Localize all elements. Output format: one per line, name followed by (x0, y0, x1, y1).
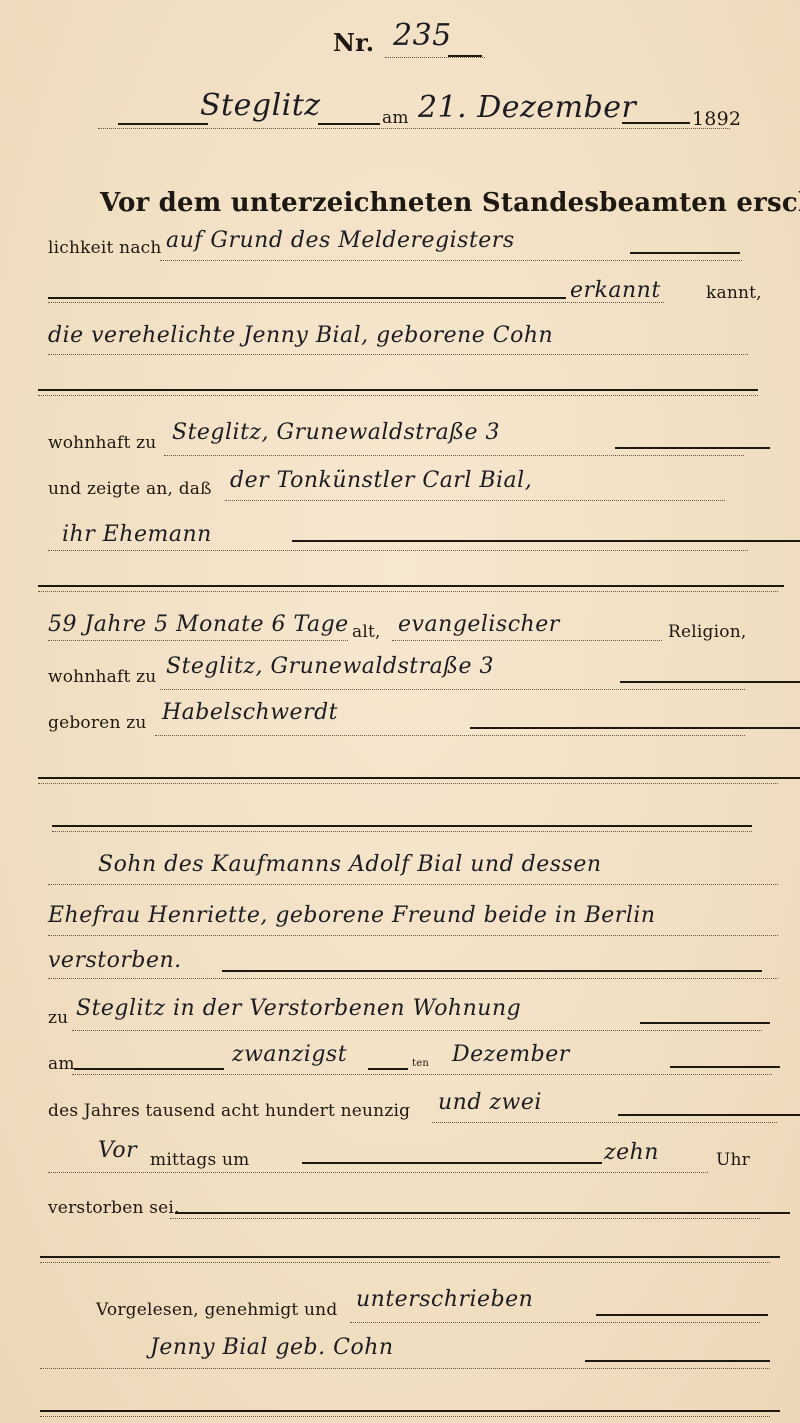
death-day-lead-stroke (74, 1068, 224, 1070)
death-day-value: zwanzigst (232, 1042, 347, 1067)
record-number-label: Nr. (333, 28, 374, 57)
deceased-name-dotted (225, 500, 725, 501)
informant-signature: Jenny Bial geb. Cohn (150, 1335, 394, 1360)
birthplace-dotted (155, 735, 745, 736)
parents-line-3-dotted (48, 978, 778, 979)
record-number-stroke (448, 55, 482, 57)
closing-stroke (175, 1212, 790, 1214)
separator-5 (40, 1256, 780, 1258)
death-month-value: Dezember (452, 1042, 570, 1067)
death-year-value: und zwei (438, 1090, 542, 1115)
place-lead-stroke (118, 123, 208, 125)
signature-status-dotted (350, 1322, 760, 1323)
record-number-underline (385, 57, 485, 58)
informant-dotted-line (48, 354, 748, 355)
parents-line-1-dotted (48, 884, 778, 885)
death-year-dotted (432, 1122, 777, 1123)
separator-2-dotted (38, 591, 778, 592)
closing-label: verstorben sei. (48, 1198, 180, 1218)
birthplace-value: Habelschwerdt (162, 700, 338, 725)
informant-residence-value: Steglitz, Grunewaldstraße 3 (172, 420, 500, 445)
separator-3-dotted (38, 783, 778, 784)
separator-5-dotted (40, 1262, 770, 1263)
birthplace-label: geboren zu (48, 713, 147, 733)
informant-residence-dotted (164, 455, 744, 456)
parents-line-2-dotted (48, 935, 778, 936)
identity-basis-label: lichkeit nach (48, 238, 162, 258)
separator-4 (52, 825, 752, 827)
separator-1-dotted (38, 395, 758, 396)
signature-status: unterschrieben (356, 1287, 533, 1312)
death-month-stroke (670, 1066, 780, 1068)
identity-basis-value: auf Grund des Melderegisters (166, 228, 515, 253)
known-lead-stroke (48, 297, 566, 299)
death-day-trail-stroke (368, 1068, 408, 1070)
birthplace-stroke (470, 727, 800, 729)
death-time-stroke (302, 1162, 602, 1164)
death-time-label: mittags um (150, 1150, 249, 1170)
signature-status-stroke (596, 1314, 768, 1316)
place-date-dotted-line (98, 128, 730, 129)
signature-label: Vorgelesen, genehmigt und (96, 1300, 337, 1320)
known-value: erkannt (570, 278, 661, 303)
uhr-label: Uhr (716, 1150, 750, 1170)
intro-line-1: Vor dem unterzeichneten Standesbeamten e… (100, 188, 800, 218)
record-number-value: 235 (393, 18, 452, 53)
age-dotted (48, 640, 348, 641)
deceased-residence-dotted (160, 689, 745, 690)
relation-value: ihr Ehemann (62, 522, 212, 547)
death-hour-value: zehn (604, 1140, 659, 1165)
death-place-label: zu (48, 1008, 68, 1028)
religion-label: Religion, (668, 622, 746, 642)
deceased-residence-stroke (620, 681, 800, 683)
identity-basis-stroke (630, 252, 740, 254)
separator-6 (40, 1410, 780, 1412)
place-trail-stroke (318, 123, 380, 125)
identity-basis-dotted-line (160, 260, 742, 261)
date-am-label: am (382, 108, 409, 128)
registry-place: Steglitz (200, 88, 321, 123)
religion-dotted (392, 640, 662, 641)
parents-line-1: Sohn des Kaufmanns Adolf Bial und dessen (98, 852, 602, 877)
separator-1 (38, 389, 758, 391)
informant-signature-stroke (585, 1360, 770, 1362)
death-place-value: Steglitz in der Verstorbenen Wohnung (76, 996, 521, 1021)
informant-name: die verehelichte Jenny Bial, geborene Co… (48, 323, 553, 348)
deceased-residence-value: Steglitz, Grunewaldstraße 3 (166, 654, 494, 679)
death-day-suffix: ten (412, 1058, 429, 1069)
death-year-stroke (618, 1114, 800, 1116)
announce-label: und zeigte an, daß (48, 479, 212, 499)
informant-signature-dotted (40, 1368, 770, 1369)
death-time-dotted (48, 1172, 708, 1173)
informant-residence-label: wohnhaft zu (48, 433, 156, 453)
age-value: 59 Jahre 5 Monate 6 Tage (48, 612, 349, 637)
death-place-stroke (640, 1022, 770, 1024)
death-place-dotted (72, 1030, 762, 1031)
relation-dotted (48, 550, 748, 551)
deceased-residence-label: wohnhaft zu (48, 667, 156, 687)
separator-3 (38, 777, 800, 779)
date-trail-stroke (622, 122, 690, 124)
relation-stroke (292, 540, 800, 542)
informant-residence-stroke (615, 447, 770, 449)
registry-year: 1892 (692, 108, 741, 130)
death-time-prefix: Vor (98, 1138, 137, 1163)
known-label: kannt, (706, 283, 762, 303)
death-date-dotted (72, 1074, 772, 1075)
intro-line-1-text: Vor dem unterzeichneten Standesbeamten e… (100, 188, 800, 218)
parents-line-2: Ehefrau Henriette, geborene Freund beide… (48, 903, 656, 928)
civil-death-register-page: Nr. 235 Steglitz am 21. Dezember 1892 Vo… (0, 0, 800, 1423)
deceased-name: der Tonkünstler Carl Bial, (230, 468, 532, 493)
separator-4-dotted (52, 831, 752, 832)
separator-6-dotted (40, 1416, 770, 1417)
closing-dotted (170, 1218, 760, 1219)
registry-date: 21. Dezember (418, 90, 636, 125)
parents-line-3-stroke (222, 970, 762, 972)
death-day-label: am (48, 1054, 75, 1074)
separator-2 (38, 585, 784, 587)
religion-value: evangelischer (398, 612, 560, 637)
death-year-label: des Jahres tausend acht hundert neunzig (48, 1101, 410, 1121)
parents-line-3: verstorben. (48, 948, 182, 973)
age-label: alt, (352, 622, 381, 642)
